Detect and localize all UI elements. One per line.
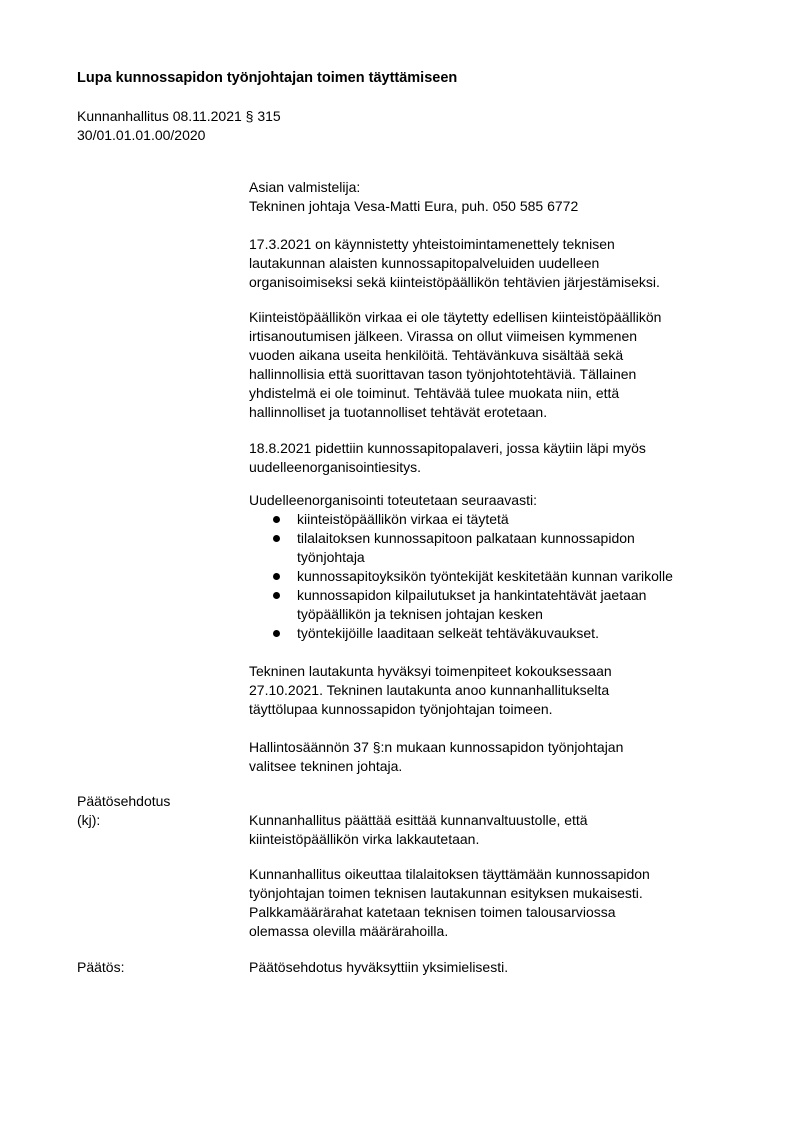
proposal-paragraph-2: Kunnanhallitus oikeuttaa tilalaitoksen t…: [249, 865, 650, 941]
preparer-block: Asian valmistelija: Tekninen johtaja Ves…: [249, 178, 578, 216]
bullet-icon: [273, 592, 280, 599]
paragraph-5: Tekninen lautakunta hyväksyi toimenpitee…: [249, 662, 612, 719]
list-item: kiinteistöpäällikön virkaa ei täytetä: [249, 510, 673, 529]
paragraph-1: 17.3.2021 on käynnistetty yhteistoiminta…: [249, 235, 660, 292]
bullet-icon: [273, 630, 280, 637]
paragraph-2: Kiinteistöpäällikön virkaa ei ole täytet…: [249, 308, 661, 422]
paragraph-4: Uudelleenorganisointi toteutetaan seuraa…: [249, 491, 673, 643]
list-item: työntekijöille laaditaan selkeät tehtävä…: [249, 624, 673, 643]
paragraph-6: Hallintosäännön 37 §:n mukaan kunnossapi…: [249, 738, 623, 776]
preparer-name: Tekninen johtaja Vesa-Matti Eura, puh. 0…: [249, 197, 578, 216]
decision-text: Päätösehdotus hyväksyttiin yksimielisest…: [249, 958, 508, 977]
document-title: Lupa kunnossapidon työnjohtajan toimen t…: [77, 69, 457, 88]
list-intro: Uudelleenorganisointi toteutetaan seuraa…: [249, 491, 673, 510]
list-item: tilalaitoksen kunnossapitoon palkataan k…: [249, 529, 673, 567]
proposal-paragraph-1: Kunnanhallitus päättää esittää kunnanval…: [249, 811, 588, 849]
preparer-label: Asian valmistelija:: [249, 178, 578, 197]
bullet-icon: [273, 516, 280, 523]
paragraph-3: 18.8.2021 pidettiin kunnossapitopalaveri…: [249, 439, 646, 477]
meeting-reference: Kunnanhallitus 08.11.2021 § 315 30/01.01…: [77, 107, 281, 145]
meeting-date-section: Kunnanhallitus 08.11.2021 § 315: [77, 107, 281, 126]
bullet-icon: [273, 573, 280, 580]
proposal-label: Päätösehdotus (kj):: [77, 792, 170, 830]
case-number: 30/01.01.01.00/2020: [77, 126, 281, 145]
decision-label: Päätös:: [77, 958, 124, 977]
bullet-icon: [273, 535, 280, 542]
list-item: kunnossapidon kilpailutukset ja hankinta…: [249, 586, 673, 624]
list-item: kunnossapitoyksikön työntekijät keskitet…: [249, 567, 673, 586]
reorganisation-list: kiinteistöpäällikön virkaa ei täytetä ti…: [249, 510, 673, 643]
